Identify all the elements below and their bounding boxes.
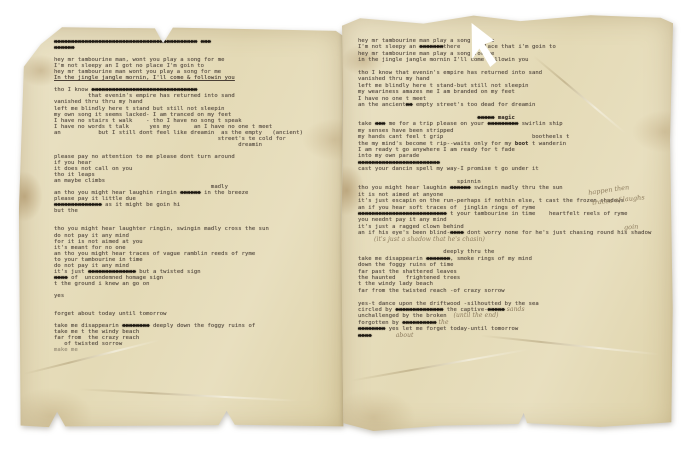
- typed-text: the my mind's become t rip--waits only f…: [358, 141, 515, 147]
- typed-text: it's just escapin on the run-perhaps if …: [358, 198, 624, 204]
- typed-text: far from the twisted reach -of crazy sor…: [358, 288, 505, 294]
- typed-text: t your tambourine in time heartfelt reel…: [447, 211, 628, 217]
- typed-text: my hands cant feel t grip bootheels t: [358, 134, 570, 140]
- typed-text: t the ground i knew an go on: [54, 281, 150, 287]
- typed-text: deeply thru the: [358, 249, 494, 255]
- struck-out-text: xxxxxxxxxxxxxxxxxxxxxxxxxxxxxxxxxxxxxxxx…: [54, 39, 197, 45]
- typed-text: dont worry none for he's just chasing ro…: [464, 230, 652, 236]
- typed-text: forgotten by: [358, 320, 402, 326]
- paper-sheet-left: xxxxxxxxxxxxxxxxxxxxxxxxxxxxxxxxxxxxxxxx…: [18, 26, 344, 432]
- typed-text: magic: [498, 115, 515, 121]
- typed-text: an if you hear soft traces of jinglin ri…: [358, 205, 535, 211]
- manuscript-page-left: xxxxxxxxxxxxxxxxxxxxxxxxxxxxxxxxxxxxxxxx…: [18, 26, 344, 432]
- typed-text: my senses have been stripped: [358, 128, 454, 134]
- typed-text: I have no one t meet: [358, 96, 426, 102]
- typed-text: cast your dancin spell my way-I promise …: [358, 166, 539, 172]
- manuscript-photo: xxxxxxxxxxxxxxxxxxxxxxxxxxxxxxxxxxxxxxxx…: [0, 0, 690, 450]
- struck-out-text: xxxxxxx: [426, 256, 450, 262]
- typed-text: empty street's too dead for dreamin: [413, 102, 536, 108]
- typed-text: I'm not sleepy an: [358, 44, 419, 50]
- typed-text: take me disappearin: [358, 256, 426, 262]
- typed-text: it's just a ragged clown behind: [358, 224, 464, 230]
- struck-out-text: xxx: [375, 121, 385, 127]
- typed-text: tho you might hear laughin: [358, 185, 450, 191]
- struck-out-text: xxxxxxxxxx: [402, 320, 436, 326]
- handwritten-text: about: [372, 332, 414, 339]
- typed-text: you neednt pay it any mind: [358, 217, 447, 223]
- typed-text: into my own parade: [358, 153, 419, 159]
- typed-text: , smoke rings of my mind: [450, 256, 532, 262]
- typed-text: me for a trip please on your: [385, 121, 487, 127]
- typed-text: in the jingle jangle mornin I'll come fo…: [358, 57, 529, 63]
- struck-out-text: xxxxxxxxx: [488, 121, 519, 127]
- typed-text: forget about today until tomorrow: [54, 311, 167, 317]
- struck-out-text: xxxxx: [477, 115, 494, 121]
- handwritten-text: sands: [505, 306, 525, 313]
- typed-text: down the foggy ruins of time: [358, 262, 454, 268]
- crease-line: [351, 348, 529, 381]
- typed-line: make me: [54, 347, 339, 353]
- typed-text: my weariness amazes me I am branded on m…: [358, 89, 515, 95]
- handwritten-text: the: [436, 319, 448, 326]
- typed-text: deeply down the foggy ruins of: [150, 323, 256, 329]
- typed-text: I am ready t go anywhere I am ready for …: [358, 147, 515, 153]
- paper-sheet-right: hey mr tambourine man play a song for me…: [340, 14, 674, 434]
- typed-text: far past the shattered leaves: [358, 269, 457, 275]
- typed-text: swirlin ship: [518, 121, 562, 127]
- struck-out-text: xxxxxx: [450, 185, 470, 191]
- struck-out-text: xx: [406, 102, 413, 108]
- typed-text: but the: [54, 208, 78, 214]
- handwritten-text: (until the end): [454, 312, 499, 319]
- typed-text: [358, 115, 477, 121]
- struck-out-text: xxxxxxx: [419, 44, 443, 50]
- typed-text: as it might be goin hi: [102, 202, 180, 208]
- typed-text: boot: [515, 141, 529, 147]
- typed-text: swingin madly thru the sun: [471, 185, 563, 191]
- typed-text: there place that i'm goin to: [443, 44, 556, 50]
- typed-text: it is not aimed at anyone: [358, 192, 443, 198]
- handwritten-text: (it's just a shadow that he's chasin): [358, 236, 485, 243]
- typed-text: dreamin: [54, 142, 262, 148]
- manuscript-page-right: hey mr tambourine man play a song for me…: [340, 14, 674, 434]
- typed-text: vanished thru my hand: [358, 76, 430, 82]
- typed-text: In the jingle jangle mornin, I'll come &…: [54, 75, 235, 81]
- typed-text: an the ancient: [358, 102, 406, 108]
- struck-out-text: xxxxxxxxxxxxxxxxxxxxxxxx: [358, 160, 440, 166]
- struck-out-text: xxxx: [358, 333, 372, 339]
- typed-text-block-left: xxxxxxxxxxxxxxxxxxxxxxxxxxxxxxxxxxxxxxxx…: [54, 39, 339, 353]
- handwritten-note: goin: [624, 223, 639, 232]
- typed-text: in the breeze: [201, 190, 249, 196]
- crease-line: [78, 388, 298, 401]
- typed-text: t wanderin: [529, 141, 567, 147]
- struck-out-text: xxx: [201, 39, 211, 45]
- typed-text: left me blindly here t stand-but still n…: [358, 83, 529, 89]
- struck-out-text: xxxxxx: [180, 190, 200, 196]
- typed-text: make me: [54, 347, 78, 353]
- typed-text: take: [358, 121, 375, 127]
- typed-text: t the windy lady beach: [358, 281, 433, 287]
